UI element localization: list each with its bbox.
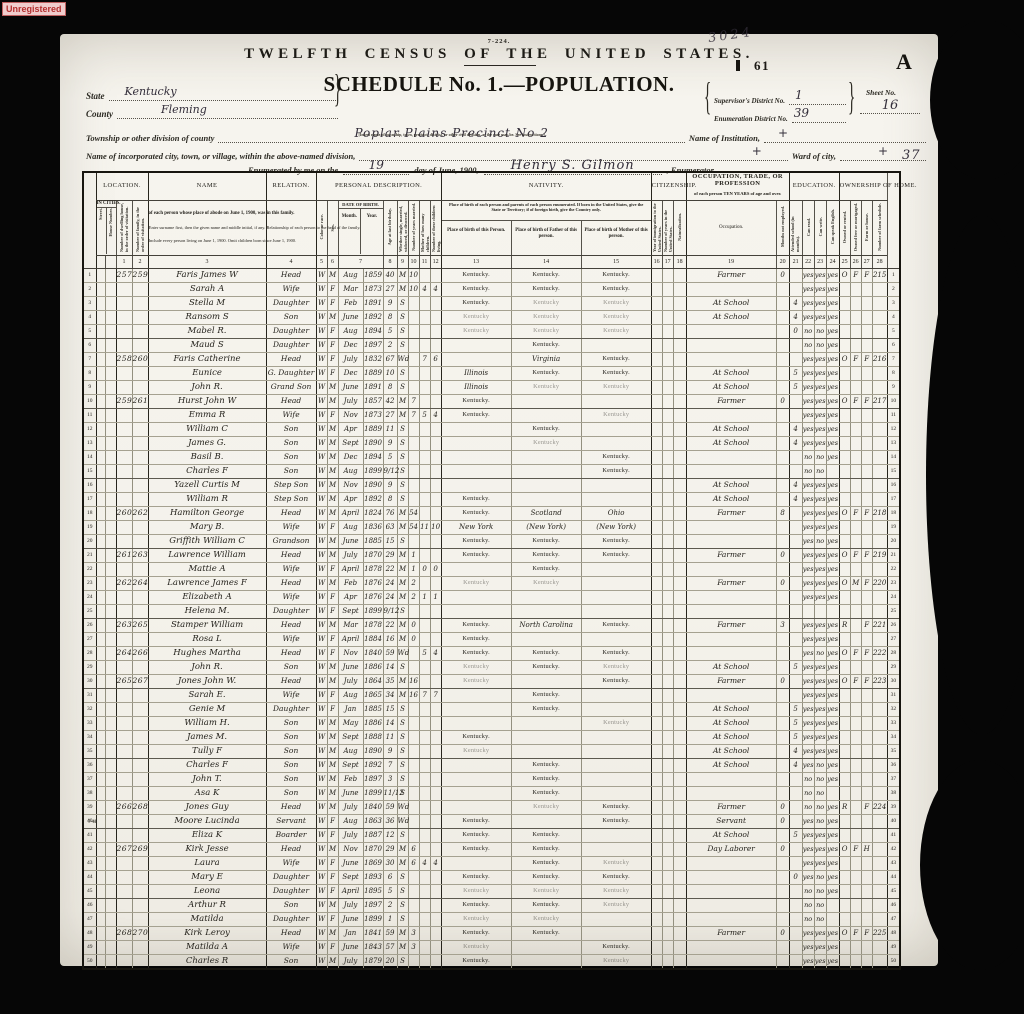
row-number: 47 <box>83 912 96 926</box>
occupation <box>686 450 776 464</box>
months-not-employed <box>776 324 789 338</box>
census-row: 46Arthur RSonWMJuly18972SKentucky.Kentuc… <box>83 898 900 912</box>
street <box>96 786 105 800</box>
mother-of-children <box>419 548 430 562</box>
row-number: 26 <box>83 618 96 632</box>
mother-of-children <box>419 436 430 450</box>
occupation: Farmer <box>686 576 776 590</box>
birth-year: 1863 <box>363 814 383 828</box>
name: Charles F <box>148 464 266 478</box>
occupation: Servant <box>686 814 776 828</box>
farm-schedule-number <box>872 772 887 786</box>
farm-schedule-number <box>872 814 887 828</box>
color-race: W <box>316 436 327 450</box>
can-speak-english: yes <box>826 800 839 814</box>
house-number <box>105 940 116 954</box>
family-number <box>132 436 148 450</box>
birthplace: Kentucky. <box>441 282 511 296</box>
children-living: 4 <box>430 282 441 296</box>
marital-status: S <box>397 422 408 436</box>
mother-birthplace: Kentucky <box>581 324 651 338</box>
sex: F <box>327 324 338 338</box>
immigration-year <box>651 268 662 282</box>
home-owned-rented: O <box>839 268 850 282</box>
census-row: 14Basil B.SonWMDec18945SKentucky.nonoyes… <box>83 450 900 464</box>
farm-or-house: F <box>861 926 872 940</box>
can-read: yes <box>802 282 814 296</box>
can-write: yes <box>814 408 826 422</box>
census-row: 23262264Lawrence James FHeadWMFeb187624M… <box>83 576 900 590</box>
color-race: W <box>316 758 327 772</box>
family-number <box>132 492 148 506</box>
relation: Son <box>266 898 316 912</box>
occupation <box>686 884 776 898</box>
years-in-us <box>662 842 673 856</box>
census-row: 29John R.SonWMJune188614SKentuckyKentuck… <box>83 660 900 674</box>
birth-month: Nov <box>338 408 363 422</box>
years-married: 0 <box>408 632 419 646</box>
house-number <box>105 772 116 786</box>
children-living <box>430 338 441 352</box>
census-row: 25Helena M.DaughterWFSept18999/12S25 <box>83 604 900 618</box>
birthplace <box>441 478 511 492</box>
sex: M <box>327 268 338 282</box>
farm-or-house <box>861 562 872 576</box>
marital-status: M <box>397 520 408 534</box>
home-owned-rented <box>839 744 850 758</box>
birthplace: Kentucky. <box>441 828 511 842</box>
birth-month: April <box>338 562 363 576</box>
can-speak-english: yes <box>826 954 839 969</box>
can-read: yes <box>802 408 814 422</box>
years-in-us <box>662 520 673 534</box>
occupation <box>686 786 776 800</box>
occupation <box>686 856 776 870</box>
age: 24 <box>383 576 397 590</box>
row-number: 36 <box>887 758 900 772</box>
children-living <box>430 898 441 912</box>
mother-birthplace: Kentucky <box>581 660 651 674</box>
can-write: no <box>814 912 826 926</box>
sex: F <box>327 520 338 534</box>
color-race: W <box>316 646 327 660</box>
sex: F <box>327 366 338 380</box>
name: Jones John W. <box>148 674 266 688</box>
street <box>96 548 105 562</box>
naturalization <box>673 408 686 422</box>
birth-month: June <box>338 660 363 674</box>
can-speak-english: yes <box>826 506 839 520</box>
can-speak-english: yes <box>826 702 839 716</box>
color-race: W <box>316 884 327 898</box>
father-birthplace <box>511 394 581 408</box>
dwelling-number <box>116 912 132 926</box>
relation: Daughter <box>266 604 316 618</box>
name: John R. <box>148 660 266 674</box>
can-speak-english: yes <box>826 926 839 940</box>
farm-or-house <box>861 492 872 506</box>
years-married <box>408 772 419 786</box>
home-owned-rented <box>839 912 850 926</box>
name: Emma R <box>148 408 266 422</box>
farm-schedule-number <box>872 842 887 856</box>
color-race: W <box>316 618 327 632</box>
birth-month: April <box>338 632 363 646</box>
col-free-mortgaged: Owned free or mortgaged. <box>850 200 861 255</box>
farm-schedule-number <box>872 744 887 758</box>
col-naturalization: Naturalization. <box>673 200 686 255</box>
can-read: yes <box>802 758 814 772</box>
father-birthplace: Kentucky. <box>511 422 581 436</box>
mother-birthplace <box>581 562 651 576</box>
age: 5 <box>383 450 397 464</box>
relation: Wife <box>266 940 316 954</box>
census-row: 1257259Faris James WHeadWMAug185940M10Ke… <box>83 268 900 282</box>
immigration-year <box>651 380 662 394</box>
house-number <box>105 576 116 590</box>
can-read: yes <box>802 730 814 744</box>
birth-month: Nov <box>338 478 363 492</box>
can-speak-english: yes <box>826 366 839 380</box>
years-married: 2 <box>408 576 419 590</box>
can-read: yes <box>802 352 814 366</box>
mother-of-children <box>419 464 430 478</box>
home-owned-rented <box>839 730 850 744</box>
immigration-year <box>651 702 662 716</box>
mother-birthplace <box>581 688 651 702</box>
street <box>96 772 105 786</box>
census-table-body: 1257259Faris James WHeadWMAug185940M10Ke… <box>83 268 900 969</box>
dwelling-number <box>116 730 132 744</box>
home-owned-rented <box>839 464 850 478</box>
immigration-year <box>651 646 662 660</box>
school-months: 5 <box>789 702 802 716</box>
census-row: 31Sarah E.WifeWFAug186534M1677Kentucky.y… <box>83 688 900 702</box>
naturalization <box>673 576 686 590</box>
birthplace: Kentucky <box>441 940 511 954</box>
row-number: 32 <box>887 702 900 716</box>
birth-month: Aug <box>338 814 363 828</box>
row-number: 35 <box>83 744 96 758</box>
months-not-employed <box>776 436 789 450</box>
years-in-us <box>662 618 673 632</box>
color-race: W <box>316 492 327 506</box>
naturalization <box>673 772 686 786</box>
marital-status: S <box>397 296 408 310</box>
months-not-employed <box>776 898 789 912</box>
mother-of-children <box>419 450 430 464</box>
mother-of-children <box>419 338 430 352</box>
house-number <box>105 786 116 800</box>
naturalization <box>673 730 686 744</box>
school-months <box>789 562 802 576</box>
children-living: 4 <box>430 646 441 660</box>
immigration-year <box>651 478 662 492</box>
enumeration-field: Enumeration District No. 39 <box>714 104 846 123</box>
street <box>96 590 105 604</box>
months-not-employed <box>776 828 789 842</box>
occupation <box>686 688 776 702</box>
can-read: no <box>802 450 814 464</box>
mother-of-children <box>419 870 430 884</box>
marital-status: M <box>397 674 408 688</box>
children-living <box>430 926 441 940</box>
dwelling-number: 258 <box>116 352 132 366</box>
color-race: W <box>316 422 327 436</box>
relation: Wife <box>266 856 316 870</box>
home-free-mortgaged <box>850 660 861 674</box>
months-not-employed <box>776 478 789 492</box>
relation: Head <box>266 548 316 562</box>
enumerated-day: 19 <box>369 158 384 172</box>
occupation: Farmer <box>686 618 776 632</box>
col-owned-rented: Owned or rented. <box>839 200 850 255</box>
census-row: 19Mary B.WifeWFAug183663M541110New York(… <box>83 520 900 534</box>
age: 40 <box>383 268 397 282</box>
can-speak-english: yes <box>826 870 839 884</box>
relation: Wife <box>266 282 316 296</box>
mother-birthplace: (New York) <box>581 520 651 534</box>
sex: M <box>327 478 338 492</box>
years-married: 54 <box>408 520 419 534</box>
age: 59 <box>383 800 397 814</box>
census-row: 47MatildaDaughterWFJune18991SKentuckyKen… <box>83 912 900 926</box>
years-married <box>408 828 419 842</box>
dwelling-number: 261 <box>116 548 132 562</box>
immigration-year <box>651 954 662 969</box>
row-number: 43 <box>887 856 900 870</box>
farm-or-house <box>861 380 872 394</box>
row-number: 43 <box>83 856 96 870</box>
months-not-employed: 8 <box>776 506 789 520</box>
name: Lawrence William <box>148 548 266 562</box>
can-read: yes <box>802 842 814 856</box>
farm-or-house: F <box>861 352 872 366</box>
naturalization <box>673 520 686 534</box>
children-living: 10 <box>430 520 441 534</box>
months-not-employed <box>776 604 789 618</box>
birth-year: 1878 <box>363 562 383 576</box>
color-race: W <box>316 716 327 730</box>
school-months <box>789 856 802 870</box>
can-speak-english: yes <box>826 618 839 632</box>
marital-status: S <box>397 436 408 450</box>
father-birthplace: (New York) <box>511 520 581 534</box>
home-owned-rented <box>839 366 850 380</box>
can-write: yes <box>814 520 826 534</box>
naturalization <box>673 646 686 660</box>
birth-month: Nov <box>338 646 363 660</box>
relation: G. Daughter <box>266 366 316 380</box>
birth-year: 1899 <box>363 912 383 926</box>
birthplace <box>441 604 511 618</box>
years-married <box>408 492 419 506</box>
mother-of-children <box>419 828 430 842</box>
age: 76 <box>383 506 397 520</box>
color-race: W <box>316 590 327 604</box>
can-write: yes <box>814 310 826 324</box>
birth-year: 1899 <box>363 604 383 618</box>
can-speak-english <box>826 898 839 912</box>
years-in-us <box>662 562 673 576</box>
can-read <box>802 604 814 618</box>
house-number <box>105 660 116 674</box>
can-write: yes <box>814 506 826 520</box>
farm-schedule-number: 219 <box>872 548 887 562</box>
can-write: yes <box>814 576 826 590</box>
house-number <box>105 604 116 618</box>
birth-year: 1889 <box>363 422 383 436</box>
marital-status: S <box>397 450 408 464</box>
relation: Head <box>266 576 316 590</box>
color-race: W <box>316 324 327 338</box>
mother-birthplace: Kentucky <box>581 884 651 898</box>
dwelling-number <box>116 296 132 310</box>
children-living <box>430 744 441 758</box>
row-number: 33 <box>83 716 96 730</box>
home-free-mortgaged <box>850 856 861 870</box>
children-living <box>430 758 441 772</box>
marital-status: Wd <box>397 814 408 828</box>
occupation <box>686 408 776 422</box>
children-living <box>430 548 441 562</box>
birth-month: Feb <box>338 296 363 310</box>
mother-of-children <box>419 576 430 590</box>
can-write: no <box>814 884 826 898</box>
naturalization <box>673 758 686 772</box>
years-in-us <box>662 478 673 492</box>
can-speak-english: yes <box>826 324 839 338</box>
sex: M <box>327 660 338 674</box>
mother-birthplace: Kentucky <box>581 856 651 870</box>
birth-month: Aug <box>338 464 363 478</box>
mother-of-children: 4 <box>419 282 430 296</box>
birth-month: Sept <box>338 730 363 744</box>
mother-of-children <box>419 632 430 646</box>
school-months <box>789 464 802 478</box>
sex: M <box>327 716 338 730</box>
years-in-us <box>662 786 673 800</box>
relation: Head <box>266 506 316 520</box>
months-not-employed: 0 <box>776 394 789 408</box>
row-number: 34 <box>83 730 96 744</box>
row-number: 14 <box>887 450 900 464</box>
can-write: yes <box>814 744 826 758</box>
sex: F <box>327 604 338 618</box>
can-speak-english: yes <box>826 660 839 674</box>
farm-schedule-number <box>872 758 887 772</box>
can-speak-english <box>826 786 839 800</box>
farm-or-house: F <box>861 394 872 408</box>
months-not-employed: 0 <box>776 548 789 562</box>
house-number <box>105 268 116 282</box>
years-married <box>408 310 419 324</box>
immigration-year <box>651 828 662 842</box>
name: Hamilton George <box>148 506 266 520</box>
row-number: 46 <box>887 898 900 912</box>
naturalization <box>673 282 686 296</box>
mother-of-children <box>419 954 430 969</box>
dwelling-number: 259 <box>116 394 132 408</box>
row-number: 14 <box>83 450 96 464</box>
census-row: 11Emma RWifeWFNov187327M754Kentucky.Kent… <box>83 408 900 422</box>
house-number <box>105 366 116 380</box>
sex: F <box>327 688 338 702</box>
street <box>96 688 105 702</box>
home-owned-rented: O <box>839 576 850 590</box>
home-owned-rented <box>839 814 850 828</box>
can-write: yes <box>814 268 826 282</box>
census-row: 26263265Stamper WilliamHeadWMMar187822M0… <box>83 618 900 632</box>
naturalization <box>673 604 686 618</box>
home-owned-rented <box>839 688 850 702</box>
immigration-year <box>651 422 662 436</box>
county-value: Fleming <box>117 103 207 116</box>
row-number: 20 <box>83 534 96 548</box>
school-months <box>789 548 802 562</box>
row-number: 41 <box>83 828 96 842</box>
marital-status: M <box>397 590 408 604</box>
house-number <box>105 744 116 758</box>
naturalization <box>673 618 686 632</box>
census-row: 18260262Hamilton GeorgeHeadWMApril182476… <box>83 506 900 520</box>
months-not-employed <box>776 758 789 772</box>
father-birthplace: Kentucky. <box>511 268 581 282</box>
can-write: no <box>814 898 826 912</box>
years-married <box>408 436 419 450</box>
color-race: W <box>316 478 327 492</box>
months-not-employed <box>776 954 789 969</box>
months-not-employed <box>776 492 789 506</box>
birthplace: Kentucky <box>441 674 511 688</box>
birth-year: 1897 <box>363 772 383 786</box>
family-number <box>132 534 148 548</box>
home-owned-rented <box>839 520 850 534</box>
can-read: yes <box>802 478 814 492</box>
father-birthplace: Kentucky. <box>511 646 581 660</box>
home-owned-rented: O <box>839 394 850 408</box>
farm-or-house: F <box>861 576 872 590</box>
dwelling-number <box>116 702 132 716</box>
row-number: 11 <box>83 408 96 422</box>
birth-month: Dec <box>338 450 363 464</box>
relation: Son <box>266 786 316 800</box>
mother-birthplace: Kentucky. <box>581 352 651 366</box>
age: 59 <box>383 646 397 660</box>
column-numbers-row: 1 2 3 4 5 6 7 8 9 10 11 12 13 14 15 16 1… <box>83 255 900 268</box>
birth-month: July <box>338 828 363 842</box>
group-citizenship: CITIZENSHIP. <box>651 172 686 200</box>
can-speak-english: yes <box>826 450 839 464</box>
sex: F <box>327 590 338 604</box>
immigration-year <box>651 674 662 688</box>
years-married: 3 <box>408 940 419 954</box>
years-in-us <box>662 884 673 898</box>
months-not-employed <box>776 646 789 660</box>
name: Asa K <box>148 786 266 800</box>
home-owned-rented <box>839 324 850 338</box>
marital-status: M <box>397 926 408 940</box>
census-row: 24Elizabeth AWifeWFApr187624M211yesyesye… <box>83 590 900 604</box>
house-number <box>105 422 116 436</box>
dwelling-number <box>116 856 132 870</box>
family-number: 267 <box>132 674 148 688</box>
years-married <box>408 702 419 716</box>
birth-month: Apr <box>338 422 363 436</box>
sex: F <box>327 940 338 954</box>
row-number: 12 <box>887 422 900 436</box>
street <box>96 604 105 618</box>
